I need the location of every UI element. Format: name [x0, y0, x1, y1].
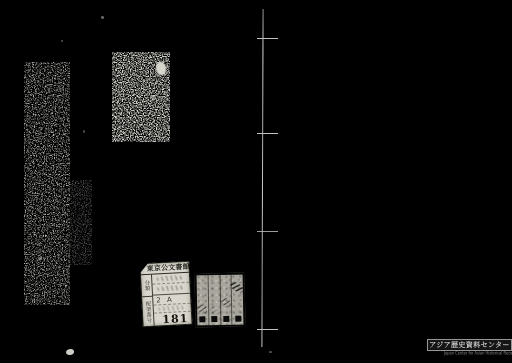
classification-field-label: 分類 — [141, 275, 152, 297]
handwriting-mark — [156, 275, 184, 281]
handwriting-mark — [157, 285, 185, 291]
shelf-number-value: 181 — [154, 312, 192, 327]
fold-tab-mark — [257, 231, 278, 232]
handwriting-mark — [207, 304, 221, 317]
scan-speck — [269, 351, 272, 353]
scan-speck — [38, 257, 42, 260]
fold-tab-mark — [257, 38, 278, 39]
record-column — [197, 275, 210, 325]
record-columns — [197, 275, 244, 326]
faint-ghost-band — [70, 180, 92, 265]
scan-speck — [61, 40, 63, 42]
paper-noise-texture — [0, 0, 512, 363]
seal-stamp — [235, 316, 241, 322]
scan-speck — [152, 96, 156, 100]
seal-stamp — [223, 316, 229, 322]
seal-stamp — [200, 316, 206, 322]
record-column — [208, 275, 221, 325]
scanned-document-page: 東京公文書館 分類 配架番号 2 A 181 — [0, 0, 512, 363]
label-body: 分類 配架番号 2 A 181 — [141, 273, 192, 327]
record-column — [232, 275, 244, 325]
handwriting-mark — [219, 296, 233, 309]
fold-tab-mark — [257, 329, 278, 330]
scan-speck — [101, 16, 104, 19]
watermark-subtitle: Japan Center for Asian Historical Record… — [444, 352, 495, 356]
archive-watermark: アジア歴史資料センター Japan Center for Asian Histo… — [427, 339, 512, 358]
lending-record-card — [195, 273, 246, 328]
shelf-number-field-label: 配架番号 — [142, 296, 154, 327]
scan-speck — [83, 130, 85, 133]
handwriting-mark — [195, 302, 209, 315]
seal-stamp — [211, 316, 217, 322]
scan-speck — [66, 349, 74, 355]
watermark-title: アジア歴史資料センター — [427, 339, 512, 351]
fold-tab-mark — [257, 133, 278, 134]
archive-classification-label: 東京公文書館 分類 配架番号 2 A 181 — [139, 261, 192, 328]
handwriting-mark — [158, 305, 186, 311]
left-ghost-text-band — [24, 62, 70, 305]
scan-speck — [156, 62, 166, 75]
label-value-rows: 2 A 181 — [152, 273, 192, 327]
